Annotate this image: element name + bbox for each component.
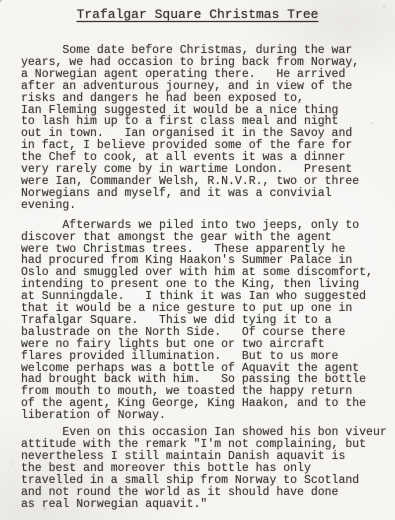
document-page: Trafalgar Square Christmas Tree Some dat… <box>0 0 395 520</box>
paragraph: Afterwards we piled into two jeeps, only… <box>21 220 395 422</box>
paragraph: Some date before Christmas, during the w… <box>21 45 395 212</box>
document-title: Trafalgar Square Christmas Tree <box>0 7 395 23</box>
paragraph: Even on this occasion Ian showed his bon… <box>21 427 395 510</box>
